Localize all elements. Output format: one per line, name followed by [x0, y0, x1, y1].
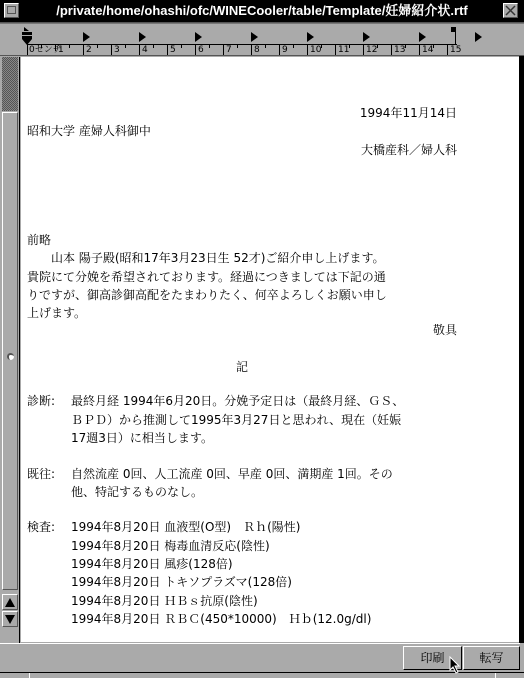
tab-stop-icon[interactable]	[363, 32, 370, 42]
history-line: 他、特記するものなし。	[71, 484, 203, 500]
tab-stop-icon[interactable]	[419, 32, 426, 42]
divider	[0, 55, 524, 56]
knob-dimple-icon	[7, 353, 14, 360]
ruler-minor-tick	[153, 45, 154, 48]
ruler-minor-tick	[433, 45, 434, 48]
window-title: /private/home/ohashi/ofc/WINECooler/tabl…	[30, 3, 494, 19]
arrow-up-icon	[5, 598, 15, 607]
letter-body-line: 上げます。	[27, 305, 86, 321]
ruler-minor-tick	[69, 45, 70, 48]
close-button[interactable]	[503, 3, 518, 18]
ruler-minor-tick	[41, 45, 42, 48]
tab-stop-icon[interactable]	[83, 32, 90, 42]
letter-recipient: 昭和大学 産婦人科御中	[27, 123, 151, 139]
test-result-line: 1994年8月20日 血液型(O型) Ｒｈ(陽性)	[71, 519, 300, 535]
resize-bar[interactable]	[0, 672, 524, 678]
diagnosis-line: ＢＰＤ）から推測して1995年3月27日と思われ、現在（妊娠	[71, 412, 401, 428]
miniaturize-icon	[7, 6, 16, 14]
ruler[interactable]: 0センチ 1 2 3 4 5 6 7 8 9 10 11 12	[0, 23, 524, 56]
ruler-minor-tick	[125, 45, 126, 48]
right-margin-line	[455, 27, 456, 44]
resize-handle-divider	[495, 673, 496, 678]
test-result-line: 1994年8月20日 ＲＢＣ(450*10000) Ｈｂ(12.0g/dl)	[71, 611, 371, 627]
window-border	[519, 56, 524, 643]
copy-button[interactable]: 転写	[463, 646, 520, 670]
ki-heading: 記	[21, 359, 463, 375]
ruler-minor-tick	[237, 45, 238, 48]
mouse-pointer-icon	[449, 656, 461, 674]
diagnosis-line: 17週3日）に相当します。	[71, 430, 213, 446]
test-result-line: 1994年8月20日 風疹(128倍)	[71, 556, 233, 572]
history-line: 自然流産 0回、人工流産 0回、早産 0回、満期産 1回。その	[71, 466, 393, 482]
tests-label: 検査:	[27, 519, 55, 535]
ruler-minor-tick	[293, 45, 294, 48]
history-label: 既往:	[27, 466, 55, 482]
letter-closing: 敬具	[21, 322, 457, 338]
test-result-line: 1994年8月20日 梅毒血清反応(陰性)	[71, 538, 270, 554]
scroll-up-button[interactable]	[2, 594, 18, 610]
letter-date: 1994年11月14日	[21, 105, 457, 121]
letter-greeting: 前略	[27, 232, 51, 248]
arrow-down-icon	[5, 615, 15, 624]
ruler-minor-tick	[265, 45, 266, 48]
ruler-minor-tick	[209, 45, 210, 48]
miniaturize-button[interactable]	[4, 3, 19, 18]
document-window: /private/home/ohashi/ofc/WINECooler/tabl…	[0, 0, 524, 678]
document-text-area[interactable]: 1994年11月14日 昭和大学 産婦人科御中 大橋産科／婦人科 前略 山本 陽…	[21, 57, 519, 642]
letter-body-line: 貴院にて分娩を希望されております。経過につきましては下記の通	[27, 269, 386, 285]
test-result-line: 1994年8月20日 トキソプラズマ(128倍)	[71, 574, 292, 590]
ruler-minor-tick	[349, 45, 350, 48]
letter-body-line: りですが、御高診御高配をたまわりたく、何卒よろしくお願い申し	[27, 287, 387, 303]
test-result-line: 1994年8月20日 ＨＢｓ抗原(陰性)	[71, 593, 258, 609]
diagnosis-line: 最終月経 1994年6月20日。分娩予定日は（最終月経、ＧＳ、	[71, 393, 404, 409]
button-bar: 印刷 転写	[0, 643, 520, 671]
ruler-minor-tick	[405, 45, 406, 48]
ruler-tick	[55, 45, 56, 51]
tab-stop-icon[interactable]	[195, 32, 202, 42]
diagnosis-label: 診断:	[27, 393, 55, 409]
vertical-scrollbar[interactable]	[0, 57, 20, 643]
scroll-knob[interactable]	[2, 112, 18, 590]
title-bar[interactable]: /private/home/ohashi/ofc/WINECooler/tabl…	[0, 0, 524, 23]
ruler-minor-tick	[377, 45, 378, 48]
tab-stop-icon[interactable]	[251, 32, 258, 42]
close-icon	[505, 5, 516, 16]
ruler-minor-tick	[181, 45, 182, 48]
resize-handle-divider	[29, 673, 30, 678]
ruler-minor-tick	[321, 45, 322, 48]
scroll-track[interactable]	[2, 57, 18, 111]
ruler-minor-tick	[97, 45, 98, 48]
letter-body-line: 山本 陽子殿(昭和17年3月23日生 52才)ご紹介申し上げます。	[27, 250, 384, 266]
tab-stop-icon[interactable]	[475, 32, 482, 42]
letter-sender: 大橋産科／婦人科	[21, 142, 457, 158]
tab-stop-icon[interactable]	[139, 32, 146, 42]
scroll-down-button[interactable]	[2, 611, 18, 627]
tab-stop-icon[interactable]	[307, 32, 314, 42]
